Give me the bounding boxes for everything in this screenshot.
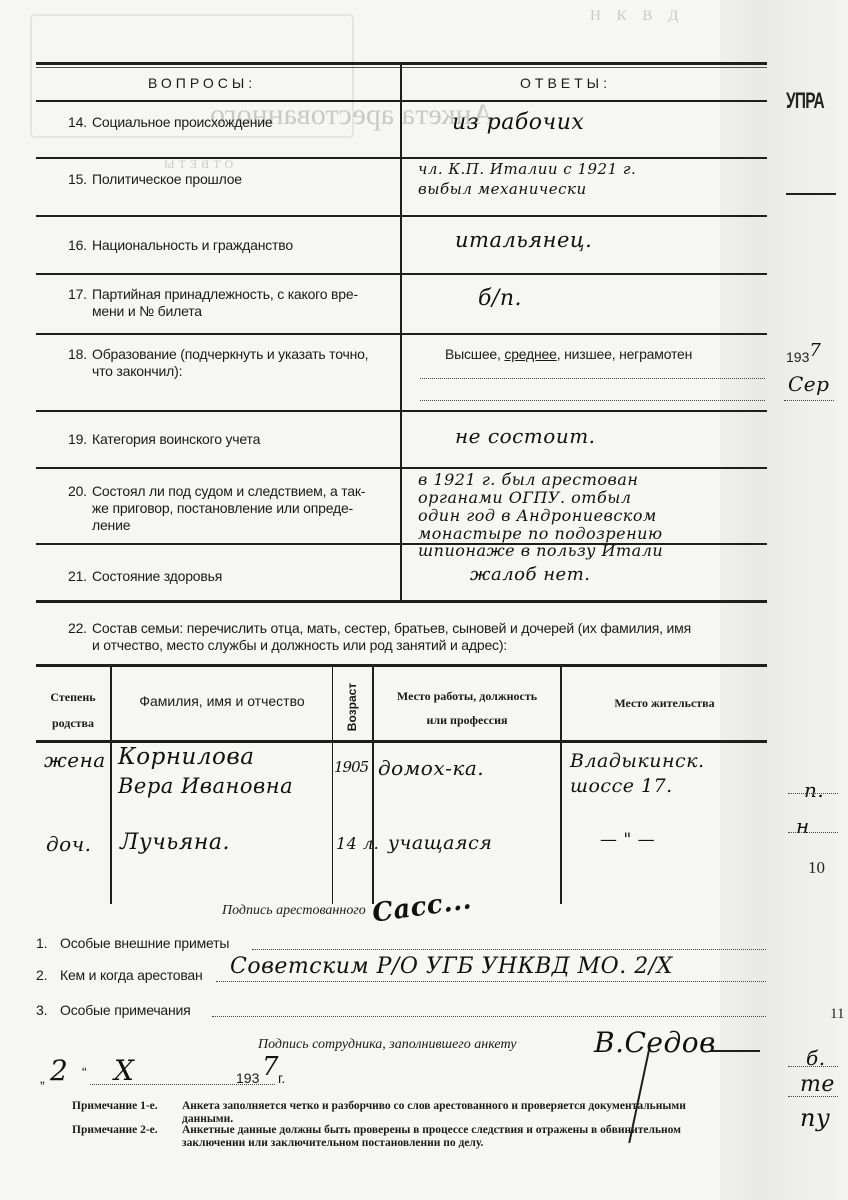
dotted-line (788, 793, 838, 794)
dotted-line (788, 1066, 838, 1067)
note-1: Примечание 1-е.Анкета заполняется четко … (72, 1100, 762, 1126)
date-day: 2 (50, 1054, 68, 1087)
dotted-line (216, 981, 766, 982)
answer-20-line2: органами ОГПУ. отбыл (418, 488, 631, 507)
date-year-prefix: 193 (236, 1070, 259, 1086)
col-relation: Степень родства (36, 684, 110, 736)
dotted-line (788, 1096, 838, 1097)
date-month: X (114, 1054, 134, 1087)
date-suffix: г. (278, 1070, 285, 1086)
dotted-line (252, 949, 766, 950)
family-table-top (36, 664, 767, 667)
question-15: 15.Политическое прошлое (68, 171, 242, 188)
ghost-otvety: ОТВЕТЫ (160, 157, 233, 172)
answer-18-options: Высшее, среднее, низшее, неграмотен (445, 346, 692, 363)
col-residence: Место жительства (562, 696, 767, 711)
family-row-1-relation: жена (44, 748, 106, 772)
signature-stroke (710, 1050, 760, 1052)
question-18: 18.Образование (подчеркнуть и указать то… (68, 346, 368, 380)
rule (36, 100, 767, 102)
arrested-signature-label: Подпись арестованного (222, 903, 366, 919)
question-22: 22.Состав семьи: перечислить отца, мать,… (68, 620, 768, 654)
header-answers: ОТВЕТЫ: (520, 75, 611, 91)
ghost-nkvd: Н К В Д (590, 8, 684, 25)
margin-mark-2: н (796, 814, 810, 838)
date: „ 2 “ X 193 7 г. (40, 1058, 300, 1088)
answer-20-line3: один год в Андрониевском (418, 506, 657, 525)
margin-mark-5: пу (800, 1104, 830, 1132)
note-2: Примечание 2-е.Анкетные данные должны бы… (72, 1124, 762, 1150)
rule (36, 273, 767, 275)
dotted-line (212, 1016, 766, 1017)
dotted-line (420, 378, 765, 379)
header-questions: ВОПРОСЫ: (148, 75, 256, 91)
question-21: 21.Состояние здоровья (68, 568, 222, 585)
family-row-2-age: 14 л. (336, 834, 379, 853)
answer-15-line2: выбыл механически (418, 180, 587, 198)
dotted-line (788, 832, 838, 833)
family-row-1-residence-line1: Владыкинск. (570, 750, 705, 772)
answer-19: не состоит. (455, 424, 596, 448)
answer-14: из рабочих (452, 110, 584, 135)
question-19: 19.Категория воинского учета (68, 431, 260, 448)
question-14: 14.Социальное происхождение (68, 114, 272, 131)
answer-20-line5: шпионаже в пользу Итали (418, 541, 663, 560)
rule (36, 215, 767, 217)
rule (36, 157, 767, 159)
col-name: Фамилия, имя и отчество (112, 694, 332, 709)
question-16: 16.Национальность и гражданство (68, 237, 293, 254)
family-row-1-work: домох-ка. (378, 756, 484, 780)
extra-2: 2.Кем и когда арестован (36, 967, 203, 984)
family-row-2-name: Лучьяна. (120, 830, 230, 855)
family-row-1-name-line2: Вера Ивановна (118, 774, 293, 798)
extra-1: 1.Особые внешние приметы (36, 935, 229, 952)
arrested-signature: Сасс... (370, 885, 473, 929)
margin-upra: УПРА (786, 88, 824, 114)
answer-17: б/п. (478, 286, 522, 311)
margin-num-11: 11 (830, 1006, 844, 1023)
col-age: Возраст (345, 677, 359, 737)
rule (36, 333, 767, 335)
answer-16: итальянец. (455, 228, 592, 252)
col-work: Место работы, должность или профессия (374, 684, 560, 732)
family-row-2-work: учащаяся (388, 832, 492, 854)
margin-ser: Сер (788, 372, 829, 396)
margin-mark-1: п. (804, 778, 824, 802)
dotted-line (420, 400, 765, 401)
margin-num-10: 10 (808, 858, 825, 878)
selected-option: среднее (504, 346, 556, 362)
rule (36, 600, 767, 603)
family-row-1-residence-line2: шоссе 17. (570, 775, 673, 797)
date-year-digit: 7 (262, 1052, 279, 1082)
margin-rule (786, 193, 836, 195)
margin-year: 1937 (786, 346, 821, 367)
family-table-header-bottom (36, 740, 767, 743)
dotted-line (784, 400, 834, 401)
question-17: 17.Партийная принадлежность, с какого вр… (68, 286, 358, 320)
officer-signature-label: Подпись сотрудника, заполнившего анкету (258, 1037, 516, 1053)
extra-3: 3.Особые примечания (36, 1002, 191, 1019)
rule (36, 467, 767, 469)
question-20: 20.Состоял ли под судом и следствием, а … (68, 483, 365, 534)
rule (36, 410, 767, 412)
family-col-divider (332, 664, 333, 904)
extra-2-value: Советским Р/О УГБ УНКВД МО. 2/X (230, 954, 673, 979)
family-row-1-name-line1: Корнилова (118, 744, 254, 770)
answer-21: жалоб нет. (470, 564, 591, 585)
margin-mark-4: те (800, 1072, 835, 1097)
family-row-1-age: 1905 (334, 758, 368, 776)
family-row-2-relation: доч. (46, 832, 92, 856)
family-row-2-residence: — " — (600, 830, 655, 850)
answer-15-line1: чл. К.П. Италии с 1921 г. (418, 160, 636, 178)
answer-20-line1: в 1921 г. был арестован (418, 470, 638, 489)
officer-signature: В.Седов (594, 1026, 716, 1059)
